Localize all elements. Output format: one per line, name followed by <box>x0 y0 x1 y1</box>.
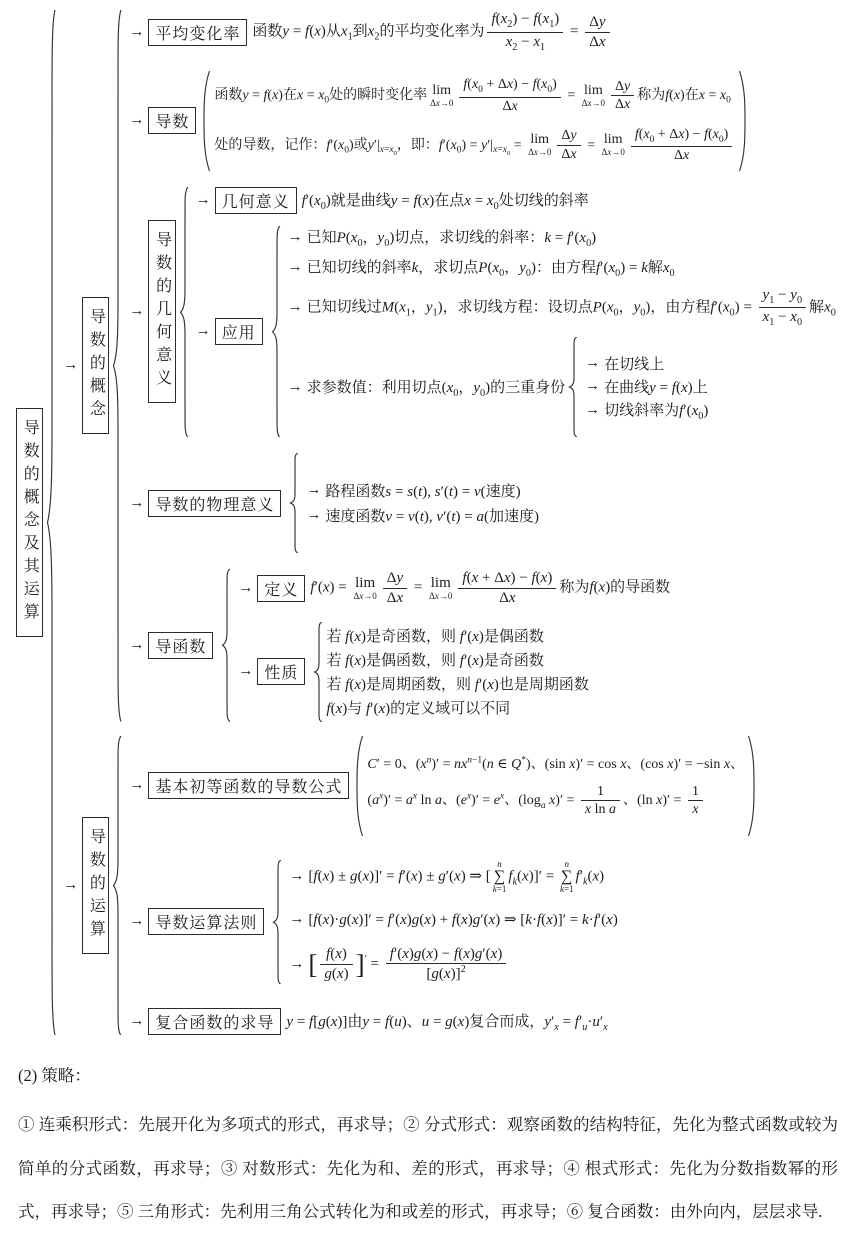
arrow-icon: → <box>129 913 144 930</box>
param-case: → 切线斜率为f′(x0) <box>581 399 708 422</box>
brace-icon <box>270 226 282 438</box>
arrow-icon: → <box>196 323 211 340</box>
branch-operations-label: 导数的运算 <box>82 817 109 954</box>
text-composite-derivative: y = f[g(x)]由y = f(u)、u = g(x)复合而成，y′x = … <box>286 1010 607 1033</box>
param-case-text: 在曲线y = f(x)上 <box>604 376 708 397</box>
label-application: 应用 <box>215 318 263 345</box>
basic-formula-line1: C′ = 0、(xn)′ = nxn−1(n ∈ Q*)、(sin x)′ = … <box>367 753 744 773</box>
arrow-icon: → <box>129 495 144 512</box>
param-lead-text: 求参数值：利用切点(x0，y0)的三重身份 <box>307 376 566 399</box>
application-children: → 已知P(x0，y0)切点，求切线的斜率：k = f′(x0) → 已知切线的… <box>284 226 836 438</box>
brace-icon <box>111 10 123 722</box>
brace-icon <box>45 10 57 1035</box>
brace-icon <box>288 453 300 553</box>
strategy-section: (2) 策略： ① 连乘积形式：先展开化为多项式的形式，再求导；② 分式形式：观… <box>16 1061 846 1253</box>
label-derived-function: 导函数 <box>148 632 213 659</box>
label-daofun-definition: 定义 <box>257 575 305 602</box>
node-derived-function: → 导函数 → 定义 f′(x) = limΔx→0ΔyΔx = limΔx→0… <box>125 569 852 722</box>
param-case-text: 在切线上 <box>604 353 664 374</box>
label-geometric-meaning: 导数的几何意义 <box>148 220 175 403</box>
rule-item-text: [f(x)·g(x)]′ = f′(x)g(x) + f(x)g′(x) ⇒ [… <box>308 910 617 929</box>
param-case-text: 切线斜率为f′(x0) <box>604 399 708 422</box>
rule-item-text: [f(x)g(x)]′ = f′(x)g(x) − f(x)g′(x)[g(x)… <box>308 945 509 985</box>
text-daofun-definition: f′(x) = limΔx→0ΔyΔx = limΔx→0f(x + Δx) −… <box>310 569 670 608</box>
paren-left-icon <box>201 71 211 171</box>
arrow-icon: → <box>585 402 600 419</box>
arrow-icon: → <box>238 580 253 597</box>
arrow-icon: → <box>129 777 144 794</box>
node-composite-derivative: → 复合函数的求导 y = f[g(x)]由y = f(u)、u = g(x)复… <box>125 1008 757 1035</box>
mindmap-page: 导数的概念及其运算 → 导数的概念 → 平均变化率 函数y = f(x)从x1到… <box>0 0 852 1253</box>
node-physical-meaning: → 导数的物理意义 → 路程函数s = s(t), s′(t) = v(速度) … <box>125 453 852 553</box>
node-geometric-meaning: → 导数的几何意义 → 几何意义 f′(x0)就是曲线y = f(x)在点x =… <box>125 187 852 438</box>
brace-icon <box>312 622 324 722</box>
prop-item: 若 f(x)是周期函数，则 f′(x)也是周期函数 <box>326 673 588 694</box>
label-operation-rules: 导数运算法则 <box>148 908 264 935</box>
arrow-icon: → <box>306 507 321 524</box>
arrow-icon: → <box>585 378 600 395</box>
prop-item-text: f(x)与 f′(x)的定义域可以不同 <box>326 697 510 718</box>
arrow-icon: → <box>63 877 78 894</box>
brace-icon <box>567 337 579 437</box>
phys-item-text: 速度函数v = v(t), v′(t) = a(加速度) <box>325 505 539 526</box>
node-geo-def: → 几何意义 f′(x0)就是曲线y = f(x)在点x = x0处切线的斜率 <box>192 187 836 214</box>
app-item-text: 已知切线的斜率k，求切点P(x0，y0)：由方程f′(x0) = k解x0 <box>307 256 675 279</box>
rule-item: → [f(x) ± g(x)]′ = f′(x) ± g′(x) ⇒ [n∑k=… <box>285 860 617 894</box>
branch-concept-label: 导数的概念 <box>82 297 109 434</box>
physical-children: → 路程函数s = s(t), s′(t) = v(速度) → 速度函数v = … <box>302 480 539 526</box>
paren-left-icon <box>354 736 364 836</box>
prop-item: 若 f(x)是偶函数，则 f′(x)是奇函数 <box>326 649 588 670</box>
rule-item: → [f(x)g(x)]′ = f′(x)g(x) − f(x)g′(x)[g(… <box>285 945 617 985</box>
param-case: → 在曲线y = f(x)上 <box>581 376 708 397</box>
arrow-icon: → <box>196 192 211 209</box>
app-item: → 已知切线的斜率k，求切点P(x0，y0)：由方程f′(x0) = k解x0 <box>284 256 836 279</box>
label-average-rate: 平均变化率 <box>148 19 247 46</box>
arrow-icon: → <box>129 1013 144 1030</box>
prop-item-text: 若 f(x)是偶函数，则 f′(x)是奇函数 <box>326 649 543 670</box>
label-physical-meaning: 导数的物理意义 <box>148 490 281 517</box>
rule-item: → [f(x)·g(x)]′ = f′(x)g(x) + f(x)g′(x) ⇒… <box>285 910 617 929</box>
branch-operations: → 导数的运算 → 基本初等函数的导数公式 C′ = 0、(xn)′ = nxn… <box>59 736 852 1036</box>
node-param-value: → 求参数值：利用切点(x0，y0)的三重身份 → 在切线上 <box>284 337 836 437</box>
arrow-icon: → <box>289 868 304 885</box>
paren-right-icon <box>738 71 748 171</box>
param-cases: → 在切线上 → 在曲线y = f(x)上 <box>581 353 708 422</box>
brace-icon <box>178 187 190 438</box>
arrow-icon: → <box>238 663 253 680</box>
arrow-icon: → <box>289 956 304 973</box>
prop-item-text: 若 f(x)是奇函数，则 f′(x)是偶函数 <box>326 625 543 646</box>
derivative-mindmap: 导数的概念及其运算 → 导数的概念 → 平均变化率 函数y = f(x)从x1到… <box>16 10 846 1035</box>
node-operation-rules: → 导数运算法则 → [f(x) ± g(x)]′ = f′(x) ± g′(x… <box>125 860 757 985</box>
node-basic-formulas: → 基本初等函数的导数公式 C′ = 0、(xn)′ = nxn−1(n ∈ Q… <box>125 736 757 836</box>
node-daofun-definition: → 定义 f′(x) = limΔx→0ΔyΔx = limΔx→0f(x + … <box>234 569 670 608</box>
app-item: → 已知切线过M(x1，y1)，求切线方程：设切点P(x0，y0)，由方程f′(… <box>284 286 836 331</box>
prop-item-text: 若 f(x)是周期函数，则 f′(x)也是周期函数 <box>326 673 588 694</box>
arrow-icon: → <box>585 355 600 372</box>
node-application: → 应用 → 已知P(x0，y0)切点，求切线的斜率：k = f′(x0) <box>192 226 836 438</box>
arrow-icon: → <box>129 303 144 320</box>
brace-icon <box>271 860 283 985</box>
arrow-icon: → <box>129 24 144 41</box>
arrow-icon: → <box>129 637 144 654</box>
properties-children: 若 f(x)是奇函数，则 f′(x)是偶函数 若 f(x)是偶函数，则 f′(x… <box>326 625 588 718</box>
app-item: → 已知P(x0，y0)切点，求切线的斜率：k = f′(x0) <box>284 226 836 249</box>
label-derivative: 导数 <box>148 107 196 134</box>
branch-concept: → 导数的概念 → 平均变化率 函数y = f(x)从x1到x2的平均变化率为f… <box>59 10 852 722</box>
node-average-rate: → 平均变化率 函数y = f(x)从x1到x2的平均变化率为f(x2) − f… <box>125 10 852 55</box>
basic-formula-line2: (ax)′ = ax ln a、(ex)′ = ex、(loga x)′ = 1… <box>367 783 744 819</box>
brace-icon <box>111 736 123 1036</box>
arrow-icon: → <box>63 357 78 374</box>
label-composite-derivative: 复合函数的求导 <box>148 1008 281 1035</box>
root-label: 导数的概念及其运算 <box>16 408 43 637</box>
concept-children: → 平均变化率 函数y = f(x)从x1到x2的平均变化率为f(x2) − f… <box>125 10 852 722</box>
node-daofun-properties: → 性质 若 f(x)是奇函数，则 f′(x)是偶函数 若 f(x)是偶函数，则… <box>234 622 670 722</box>
prop-item: f(x)与 f′(x)的定义域可以不同 <box>326 697 588 718</box>
text-geo-def: f′(x0)就是曲线y = f(x)在点x = x0处切线的斜率 <box>302 189 589 212</box>
geometric-children: → 几何意义 f′(x0)就是曲线y = f(x)在点x = x0处切线的斜率 … <box>192 187 836 438</box>
arrow-icon: → <box>306 482 321 499</box>
paren-right-icon <box>747 736 757 836</box>
phys-item-text: 路程函数s = s(t), s′(t) = v(速度) <box>325 480 520 501</box>
phys-item: → 速度函数v = v(t), v′(t) = a(加速度) <box>302 505 539 526</box>
arrow-icon: → <box>288 259 303 276</box>
arrow-icon: → <box>129 112 144 129</box>
derivative-def-line2: 处的导数，记作：f′(x0)或y′|x=x0，即：f′(x0) = y′|x=x… <box>214 126 735 165</box>
arrow-icon: → <box>288 299 303 316</box>
rules-children: → [f(x) ± g(x)]′ = f′(x) ± g′(x) ⇒ [n∑k=… <box>285 860 617 985</box>
derivative-definition-lines: 函数y = f(x)在x = x0处的瞬时变化率limΔx→0f(x0 + Δx… <box>211 71 738 169</box>
app-item-text: 已知P(x0，y0)切点，求切线的斜率：k = f′(x0) <box>307 226 597 249</box>
prop-item: 若 f(x)是奇函数，则 f′(x)是偶函数 <box>326 625 588 646</box>
node-derivative-definition: → 导数 函数y = f(x)在x = x0处的瞬时变化率limΔx→0f(x0… <box>125 71 852 171</box>
param-case: → 在切线上 <box>581 353 708 374</box>
strategy-text: ① 连乘积形式：先展开化为多项式的形式，再求导；② 分式形式：观察函数的结构特征… <box>18 1103 838 1233</box>
derivative-def-line1: 函数y = f(x)在x = x0处的瞬时变化率limΔx→0f(x0 + Δx… <box>214 76 735 115</box>
label-daofun-properties: 性质 <box>257 658 305 685</box>
operations-children: → 基本初等函数的导数公式 C′ = 0、(xn)′ = nxn−1(n ∈ Q… <box>125 736 757 1036</box>
root-children: → 导数的概念 → 平均变化率 函数y = f(x)从x1到x2的平均变化率为f… <box>59 10 852 1035</box>
arrow-icon: → <box>289 911 304 928</box>
strategy-title: (2) 策略： <box>18 1063 838 1089</box>
app-item-text: 已知切线过M(x1，y1)，求切线方程：设切点P(x0，y0)，由方程f′(x0… <box>307 286 836 331</box>
arrow-icon: → <box>288 229 303 246</box>
rule-item-text: [f(x) ± g(x)]′ = f′(x) ± g′(x) ⇒ [n∑k=1f… <box>308 860 604 894</box>
basic-formula-lines: C′ = 0、(xn)′ = nxn−1(n ∈ Q*)、(sin x)′ = … <box>364 748 747 824</box>
label-geo-def: 几何意义 <box>215 187 297 214</box>
brace-icon <box>220 569 232 722</box>
derived-function-children: → 定义 f′(x) = limΔx→0ΔyΔx = limΔx→0f(x + … <box>234 569 670 722</box>
phys-item: → 路程函数s = s(t), s′(t) = v(速度) <box>302 480 539 501</box>
arrow-icon: → <box>288 379 303 396</box>
label-basic-formulas: 基本初等函数的导数公式 <box>148 772 349 799</box>
text-average-rate: 函数y = f(x)从x1到x2的平均变化率为f(x2) − f(x1)x2 −… <box>252 10 612 55</box>
